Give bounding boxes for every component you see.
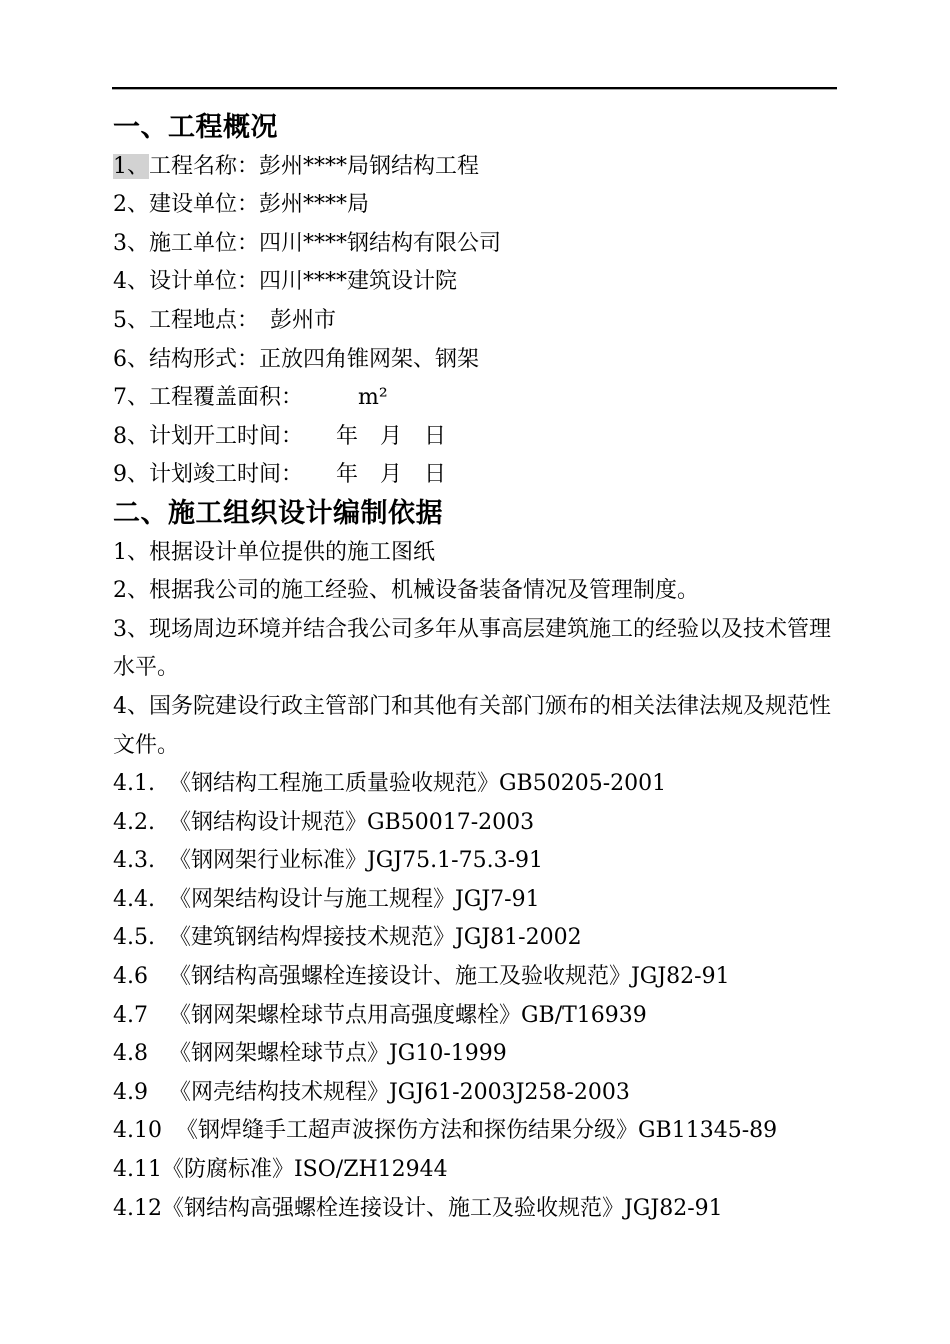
item-text: 工程地点： 彭州市 [149,308,336,333]
item-text: 结构形式：正放四角锥网架、钢架 [149,347,479,372]
list-item: 8、计划开工时间： 年 月 日 [113,418,833,457]
item-number: 9、 [113,462,149,487]
list-item: 4、国务院建设行政主管部门和其他有关部门颁布的相关法律法规及规范性文件。 [113,688,833,765]
document-body: 一、工程概况 1、工程名称：彭州****局钢结构工程 2、建设单位：彭州****… [113,109,833,1228]
page-header-rule [112,87,837,90]
list-item: 4.1. 《钢结构工程施工质量验收规范》GB50205-2001 [113,765,833,804]
list-item: 3、现场周边环境并结合我公司多年从事高层建筑施工的经验以及技术管理水平。 [113,611,833,688]
list-item: 3、施工单位：四川****钢结构有限公司 [113,225,833,264]
item-text: 工程覆盖面积： m² [149,385,388,410]
item-number: 4、 [113,269,149,294]
item-number: 3、 [113,231,149,256]
list-item: 9、计划竣工时间： 年 月 日 [113,456,833,495]
section-1-heading: 一、工程概况 [113,109,833,148]
item-text: 工程名称：彭州****局钢结构工程 [149,154,479,179]
list-item: 4.8 《钢网架螺栓球节点》JG10-1999 [113,1035,833,1074]
section-2-heading: 二、施工组织设计编制依据 [113,495,833,534]
list-item: 4.7 《钢网架螺栓球节点用高强度螺栓》GB/T16939 [113,997,833,1036]
list-item: 2、建设单位：彭州****局 [113,186,833,225]
list-item: 1、工程名称：彭州****局钢结构工程 [113,148,833,187]
list-item: 4.10 《钢焊缝手工超声波探伤方法和探伤结果分级》GB11345-89 [113,1112,833,1151]
list-item: 2、根据我公司的施工经验、机械设备装备情况及管理制度。 [113,572,833,611]
list-item: 4.3. 《钢网架行业标准》JGJ75.1-75.3-91 [113,842,833,881]
item-text: 施工单位：四川****钢结构有限公司 [149,231,501,256]
list-item: 4.11《防腐标准》ISO/ZH12944 [113,1151,833,1190]
item-text: 建设单位：彭州****局 [149,192,369,217]
list-item: 4.6 《钢结构高强螺栓连接设计、施工及验收规范》JGJ82-91 [113,958,833,997]
list-item: 4.9 《网壳结构技术规程》JGJ61-2003J258-2003 [113,1074,833,1113]
item-text: 计划竣工时间： 年 月 日 [149,462,446,487]
list-item: 4.4. 《网架结构设计与施工规程》JGJ7-91 [113,881,833,920]
list-item: 6、结构形式：正放四角锥网架、钢架 [113,341,833,380]
item-number: 5、 [113,308,149,333]
list-item: 4、设计单位：四川****建筑设计院 [113,263,833,302]
list-item: 4.5. 《建筑钢结构焊接技术规范》JGJ81-2002 [113,919,833,958]
item-number: 7、 [113,385,149,410]
list-item: 4.12《钢结构高强螺栓连接设计、施工及验收规范》JGJ82-91 [113,1190,833,1229]
document-page: 一、工程概况 1、工程名称：彭州****局钢结构工程 2、建设单位：彭州****… [0,0,950,1344]
item-text: 计划开工时间： 年 月 日 [149,424,446,449]
list-item: 5、工程地点： 彭州市 [113,302,833,341]
list-item: 7、工程覆盖面积： m² [113,379,833,418]
list-item: 4.2. 《钢结构设计规范》GB50017-2003 [113,804,833,843]
item-number: 2、 [113,192,149,217]
highlighted-item-number: 1、 [113,154,149,179]
list-item: 1、根据设计单位提供的施工图纸 [113,534,833,573]
item-number: 6、 [113,347,149,372]
item-number: 8、 [113,424,149,449]
item-text: 设计单位：四川****建筑设计院 [149,269,457,294]
